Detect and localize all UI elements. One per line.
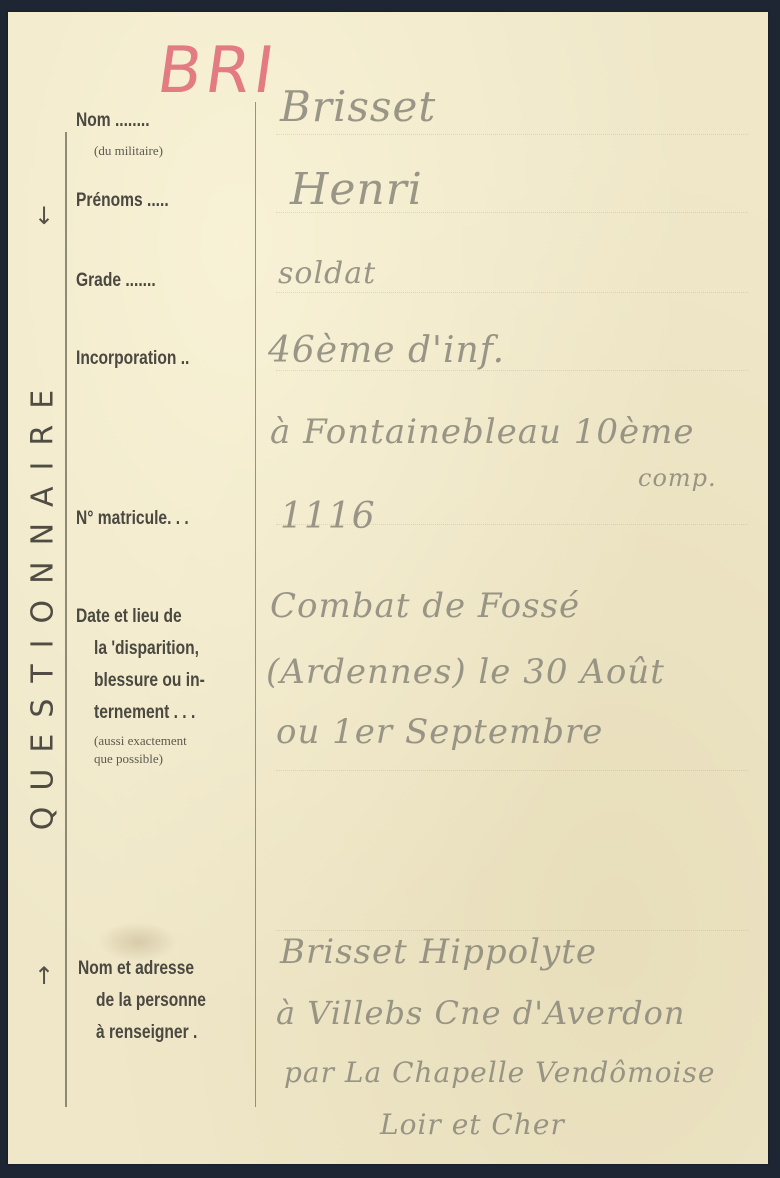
sublabel-que-possible: que possible) [94,750,163,768]
questionnaire-card: BRI ↓ QUESTIONNAIRE ↑ Nom ........ (du m… [8,12,768,1164]
arrow-up-icon: ↑ [30,962,58,990]
center-divider-line [255,102,256,1107]
value-personne-line2: à Villebs Cne d'Averdon [276,994,685,1032]
ruled-line [276,770,748,771]
value-nom: Brisset [280,82,436,131]
ruled-line [276,134,748,135]
value-matricule: 1116 [280,496,376,537]
value-disparition-line2: (Ardennes) le 30 Août [266,652,665,692]
label-disparition-line3: blessure ou in- [94,666,205,696]
value-disparition-line3: ou 1er Septembre [276,712,603,752]
sublabel-aussi-exactement: (aussi exactement [94,732,187,750]
questionnaire-heading: QUESTIONNAIRE [26,374,61,830]
vertical-title: QUESTIONNAIRE [22,192,64,1012]
label-disparition-line1: Date et lieu de [76,602,182,632]
label-matricule: N° matricule. . . [76,504,189,534]
value-prenoms: Henri [290,164,423,215]
label-incorporation: Incorporation .. [76,344,189,374]
value-personne-line3: par La Chapelle Vendômoise [284,1056,715,1089]
value-incorporation-line2: à Fontainebleau 10ème [270,412,694,452]
sublabel-du-militaire: (du militaire) [94,142,163,160]
red-stamp-initials: BRI [153,34,283,108]
ruled-line [276,292,748,293]
label-personne-line2: de la personne [96,986,206,1016]
value-personne-line1: Brisset Hippolyte [280,932,597,972]
label-nom: Nom ........ [76,106,150,136]
label-grade: Grade ....... [76,266,156,296]
value-incorporation-line3: comp. [638,464,717,492]
value-disparition-line1: Combat de Fossé [270,586,580,626]
value-personne-line4: Loir et Cher [380,1108,565,1141]
label-personne-line1: Nom et adresse [78,954,194,984]
ruled-line [276,930,748,931]
label-disparition-line4: ternement . . . [94,698,195,728]
value-grade: soldat [278,256,376,291]
label-personne-line3: à renseigner . [96,1018,197,1048]
value-incorporation-line1: 46ème d'inf. [268,330,505,371]
label-disparition-line2: la 'disparition, [94,634,199,664]
label-prenoms: Prénoms ..... [76,186,169,216]
left-divider-line [65,132,67,1107]
